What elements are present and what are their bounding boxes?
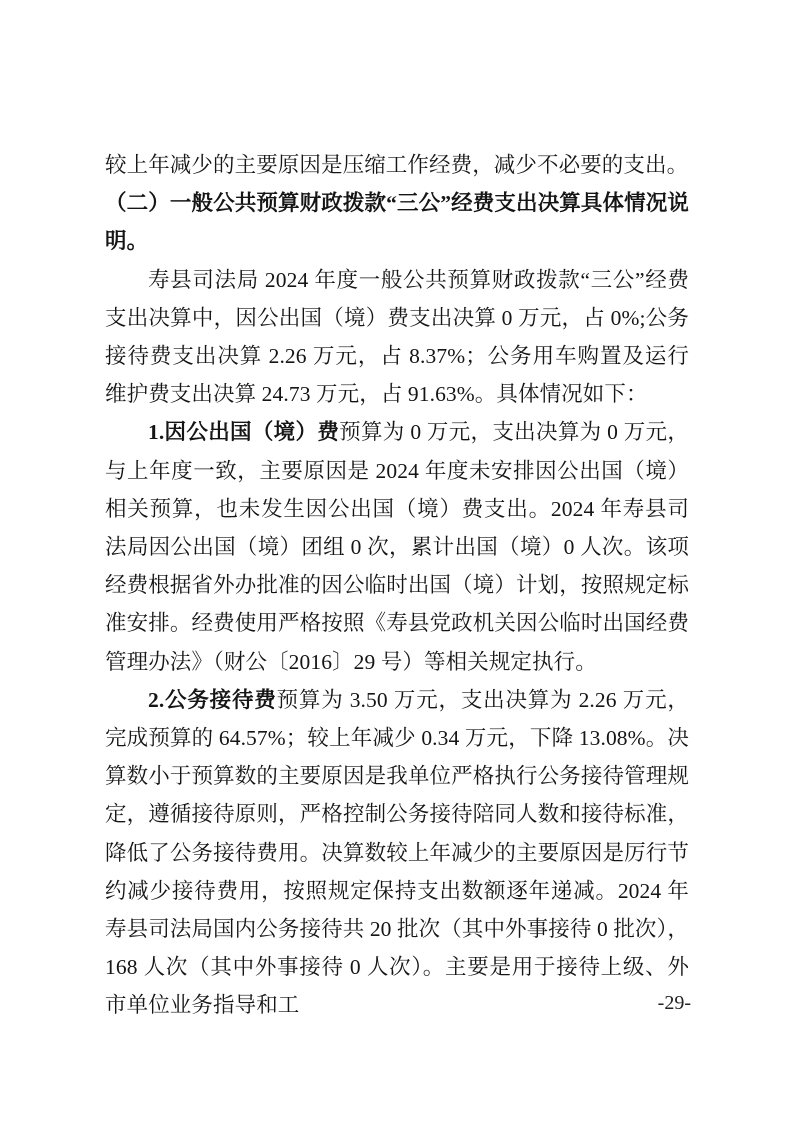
page-number: -29-	[658, 992, 691, 1014]
document-body: 较上年减少的主要原因是压缩工作经费，减少不必要的支出。（二）一般公共预算财政拨款…	[105, 146, 689, 1025]
body-paragraph: 较上年减少的主要原因是压缩工作经费，减少不必要的支出。	[105, 146, 689, 184]
paragraph-text: （二）一般公共预算财政拨款“三公”经费支出决算具体情况说明。	[105, 191, 689, 253]
section-heading: （二）一般公共预算财政拨款“三公”经费支出决算具体情况说明。	[105, 184, 689, 260]
paragraph-lead: 1.因公出国（境）费	[148, 420, 339, 444]
paragraph-lead: 2.公务接待费	[148, 688, 277, 712]
paragraph-text: 较上年减少的主要原因是压缩工作经费，减少不必要的支出。	[105, 153, 688, 177]
body-paragraph: 寿县司法局 2024 年度一般公共预算财政拨款“三公”经费支出决算中，因公出国（…	[105, 261, 689, 414]
document-page: 较上年减少的主要原因是压缩工作经费，减少不必要的支出。（二）一般公共预算财政拨款…	[0, 0, 793, 1122]
paragraph-text: 寿县司法局 2024 年度一般公共预算财政拨款“三公”经费支出决算中，因公出国（…	[105, 268, 689, 407]
paragraph-text: 预算为 3.50 万元，支出决算为 2.26 万元，完成预算的 64.57%；较…	[105, 688, 689, 1018]
body-paragraph: 2.公务接待费预算为 3.50 万元，支出决算为 2.26 万元，完成预算的 6…	[105, 681, 689, 1025]
paragraph-text: 预算为 0 万元，支出决算为 0 万元，与上年度一致，主要原因是 2024 年度…	[105, 420, 689, 673]
body-paragraph: 1.因公出国（境）费预算为 0 万元，支出决算为 0 万元，与上年度一致，主要原…	[105, 413, 689, 680]
